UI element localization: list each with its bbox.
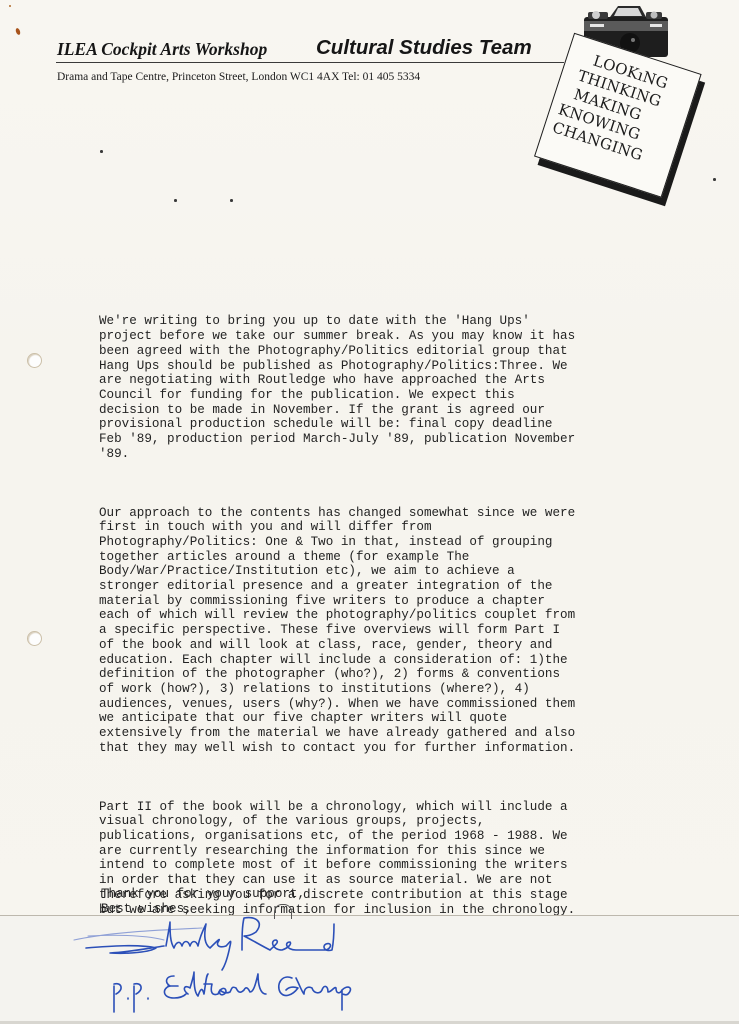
paper-speck <box>174 199 177 202</box>
address-line: Drama and Tape Centre, Princeton Street,… <box>57 71 420 83</box>
paragraph-1: We're writing to bring you up to date wi… <box>99 314 699 461</box>
header-rule <box>56 62 564 63</box>
paper-speck <box>100 150 103 153</box>
handwritten-signature <box>70 912 450 1024</box>
paper-stain <box>15 28 21 36</box>
team-name: Cultural Studies Team <box>316 36 532 60</box>
punch-hole <box>27 631 42 646</box>
paragraph-2: Our approach to the contents has changed… <box>99 506 699 756</box>
organisation-name: ILEA Cockpit Arts Workshop <box>57 39 267 60</box>
looking-thinking-sign: LOOKıNG THINKING MAKING KNOWING CHANGING <box>529 33 715 218</box>
letter-page: ILEA Cockpit Arts Workshop Cultural Stud… <box>0 0 739 1024</box>
paper-speck <box>230 199 233 202</box>
sign-card: LOOKıNG THINKING MAKING KNOWING CHANGING <box>534 33 702 198</box>
paper-stain <box>9 5 11 7</box>
punch-hole <box>27 353 42 368</box>
paper-speck <box>713 178 716 181</box>
